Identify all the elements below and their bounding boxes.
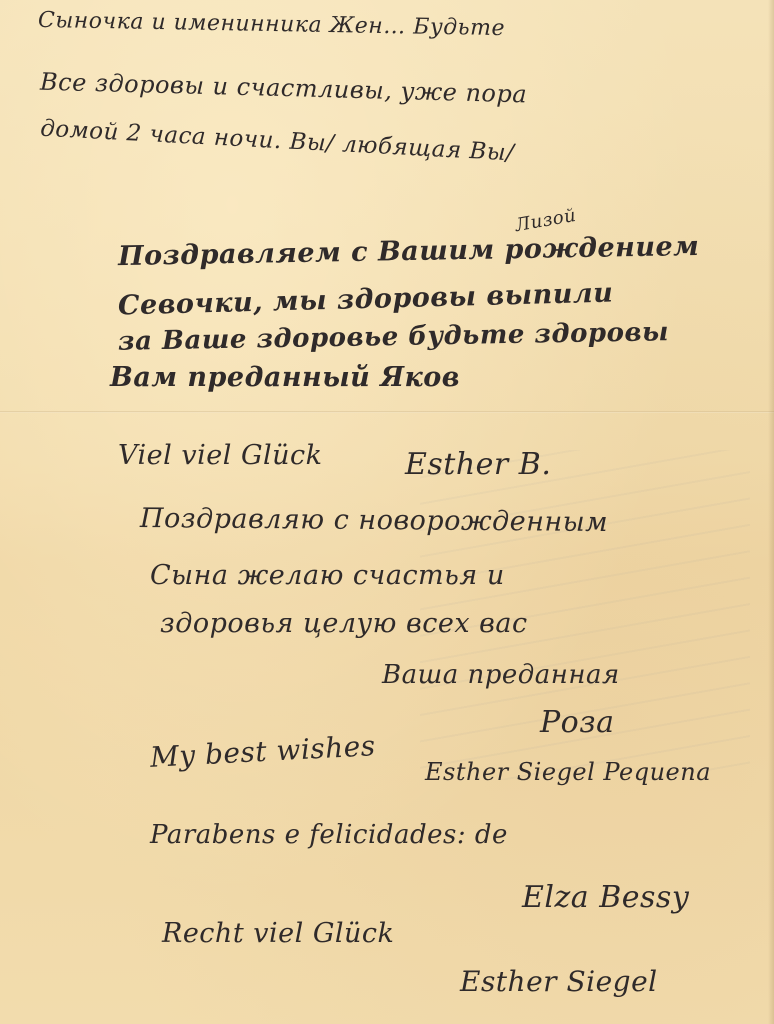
block-7: Recht viel Glück Esther Siegel — [0, 0, 774, 1024]
letter-page: Сыночка и именинника Жен… Будьте Все здо… — [0, 0, 774, 1024]
text-line: Recht viel Glück — [162, 918, 394, 949]
signature: Esther Siegel — [460, 965, 658, 998]
